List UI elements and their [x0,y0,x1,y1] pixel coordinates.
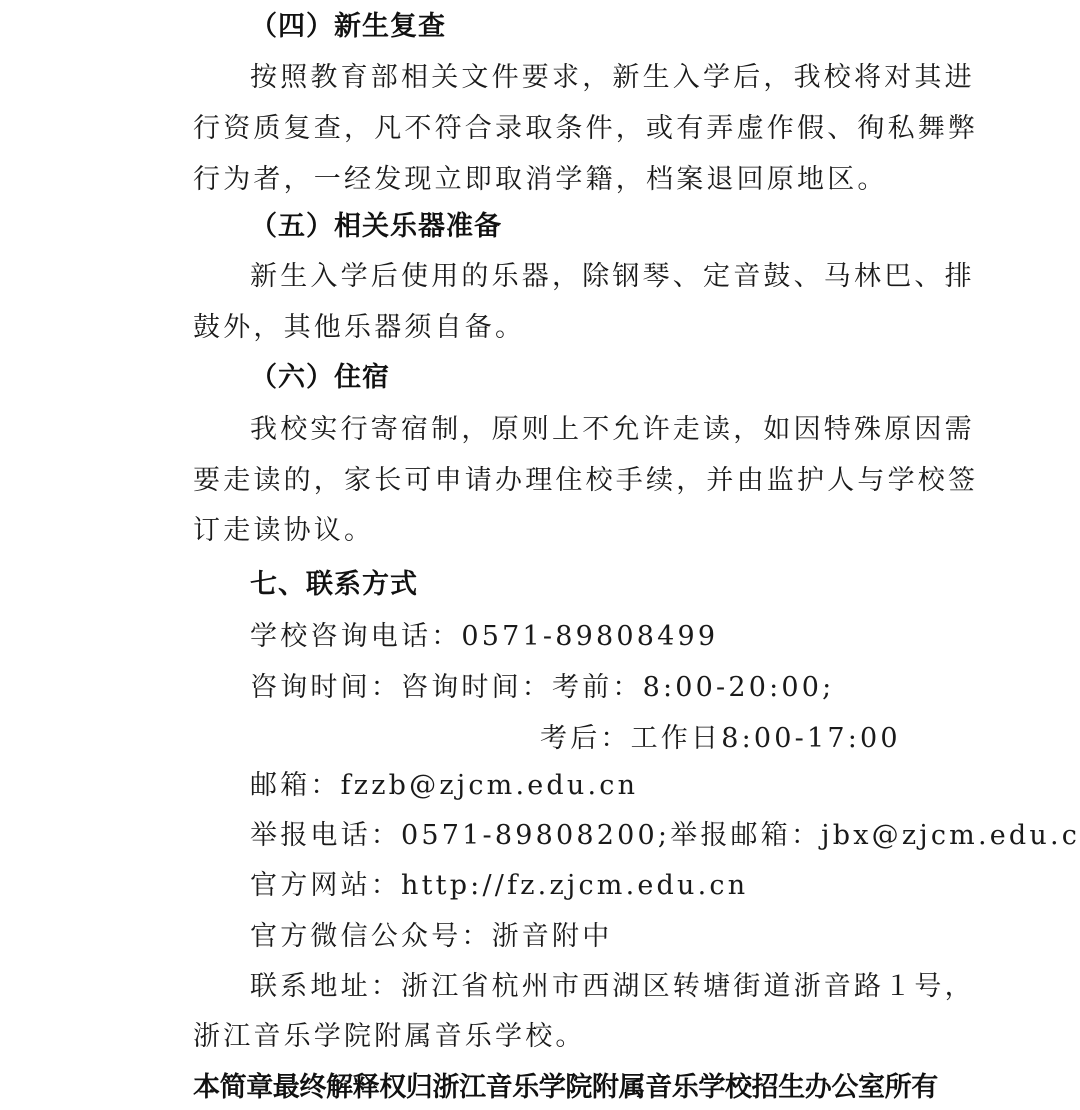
section-heading-recheck: （四）新生复查 [250,9,446,45]
section-heading-instruments: （五）相关乐器准备 [250,209,502,245]
contact-email[interactable]: 邮箱：fzzb@zjcm.edu.cn [250,768,638,804]
contact-phone: 学校咨询电话：0571-89808499 [250,619,718,655]
paragraph-line: 按照教育部相关文件要求，新生入学后，我校将对其进 [250,60,975,96]
paragraph-line: 鼓外，其他乐器须自备。 [193,310,525,346]
paragraph-line: 我校实行寄宿制，原则上不允许走读，如因特殊原因需 [250,412,975,448]
paragraph-line: 行为者，一经发现立即取消学籍，档案退回原地区。 [193,162,888,198]
paragraph-line: 订走读协议。 [193,513,374,549]
contact-address-line2: 浙江音乐学院附属音乐学校。 [193,1019,586,1055]
contact-wechat: 官方微信公众号：浙音附中 [250,919,612,955]
contact-hours-after-exam: 考后：工作日8:00-17:00 [540,721,901,757]
section-heading-contact: 七、联系方式 [250,567,418,603]
contact-hours-before-exam: 咨询时间：咨询时间：考前：8:00-20:00; [250,670,834,706]
contact-website[interactable]: 官方网站：http://fz.zjcm.edu.cn [250,868,748,904]
paragraph-line: 要走读的，家长可申请办理住校手续，并由监护人与学校签 [193,463,978,499]
paragraph-line: 行资质复查，凡不符合录取条件，或有弄虚作假、徇私舞弊 [193,111,978,147]
contact-address-line1: 联系地址：浙江省杭州市西湖区转塘街道浙音路１号， [250,969,975,1005]
contact-report: 举报电话：0571-89808200;举报邮箱：jbx@zjcm.edu.cn [250,818,1080,854]
paragraph-line: 新生入学后使用的乐器，除钢琴、定音鼓、马林巴、排 [250,259,975,295]
section-heading-accommodation: （六）住宿 [250,360,390,396]
interpretation-statement: 本简章最终解释权归浙江音乐学院附属音乐学校招生办公室所有 [193,1070,938,1106]
